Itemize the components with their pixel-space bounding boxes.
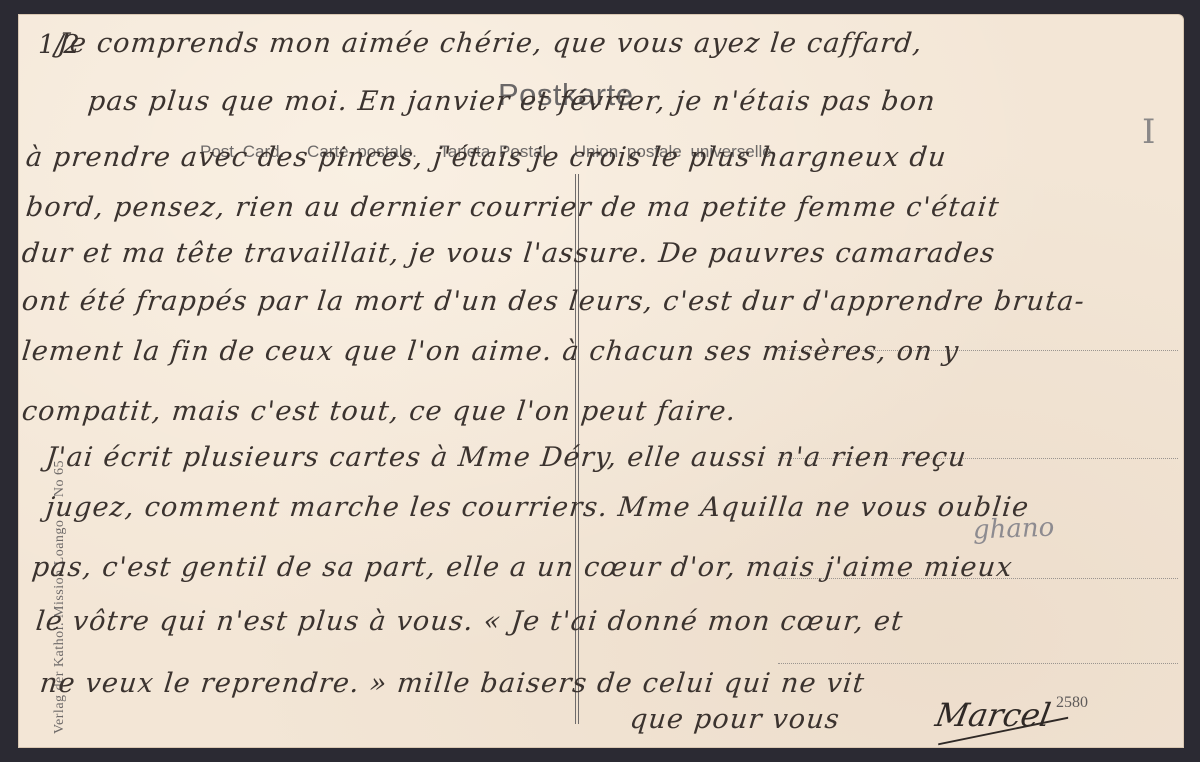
handwritten-line: à prendre avec des pinces, j'étais je cr…	[24, 142, 948, 173]
handwritten-line: dur et ma tête travaillait, je vous l'as…	[20, 238, 997, 269]
handwritten-line: J'ai écrit plusieurs cartes à Mme Déry, …	[44, 442, 968, 473]
handwritten-line: que pour vous	[628, 704, 841, 735]
signature: Marcel	[933, 696, 1054, 734]
handwritten-line: le vôtre qui n'est plus à vous. « Je t'a…	[34, 606, 905, 637]
handwritten-line: pas plus que moi. En janvier et février,…	[86, 86, 937, 117]
pencil-note: ghano	[973, 513, 1055, 546]
postcard-back: 1/2 Postkarte Post Card. Carte postale. …	[18, 14, 1184, 748]
handwritten-line: ne veux le reprendre. » mille baisers de…	[38, 668, 866, 699]
address-line	[778, 663, 1178, 664]
serial-number: 2580	[1056, 694, 1088, 712]
handwritten-line: ont été frappés par la mort d'un des leu…	[20, 286, 1086, 317]
handwritten-line: pas, c'est gentil de sa part, elle a un …	[30, 552, 1014, 583]
handwritten-line: lement la fin de ceux que l'on aime. à c…	[20, 336, 960, 367]
handwritten-line: jugez, comment marche les courriers. Mme…	[44, 492, 1031, 523]
archive-mark: I	[1142, 112, 1155, 152]
handwritten-line: Je comprends mon aimée chérie, que vous …	[56, 28, 924, 59]
handwritten-line: compatit, mais c'est tout, ce que l'on p…	[20, 396, 738, 427]
handwritten-line: bord, pensez, rien au dernier courrier d…	[24, 192, 1001, 223]
